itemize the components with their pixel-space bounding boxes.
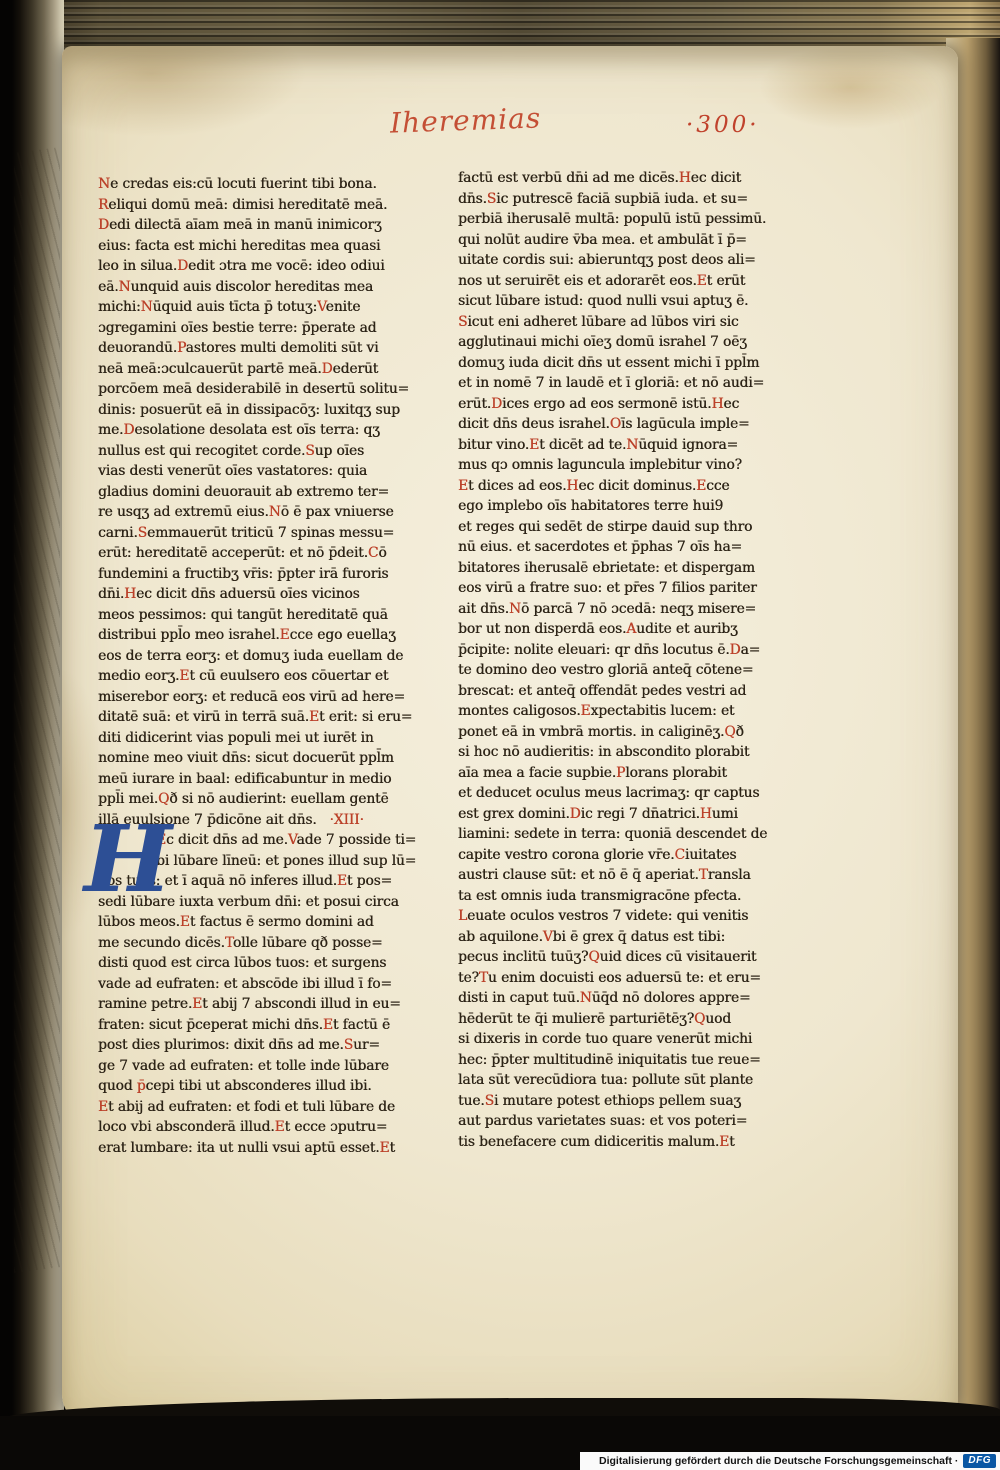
text-line: me.Desolatione desolata est oīs terra: q… [98,420,440,441]
rubricated-text: E [379,1140,389,1156]
text-line: ramine petre.Et abij 7 abscondi illud in… [98,994,440,1015]
rubricated-text: E [192,996,202,1012]
text-line: capite vestro corona glorie vr̄e.Ciuitat… [458,845,800,866]
text-line: leo in silua.Dedit ɔtra me vocē: ideo od… [98,256,440,277]
text-line: fraten: sicut p̄ceperat michi dn̄s.Et fa… [98,1015,440,1036]
rubricated-text: E [337,873,347,889]
rubricated-text: E [180,914,190,930]
text-line: dn̄s.Sic putrescē faciā supbiā iuda. et … [458,189,800,210]
running-title: Iheremias [389,101,541,139]
text-line: erat lumbare: ita ut nulli vsui aptū ess… [98,1138,440,1159]
rubricated-text: D [491,396,502,412]
text-line: domuʒ iuda dicit dn̄s ut essent michi ī … [458,353,800,374]
rubricated-text: Q [588,949,599,965]
rubricated-text: D [730,642,741,658]
rubricated-text: N [118,279,130,295]
rubricated-text: E [179,668,189,684]
text-line: et in nomē 7 in laudē et ī gloriā: et nō… [458,373,800,394]
text-line: bitatores iherusalē ebrietate: et disper… [458,558,800,579]
text-line: Leuate oculos vestros 7 videte: qui veni… [458,906,800,927]
text-line: ɔgregamini oīes bestie terre: p̄perate a… [98,318,440,339]
text-line: austri clause sūt: et nō ē q̄ aperiat.Tr… [458,865,800,886]
rubricated-text: S [138,525,147,541]
text-line: pecus inclitū tuūʒ?Quid dices cū visitau… [458,947,800,968]
rubricated-text: Q [724,724,735,740]
text-line: disti quod est circa lūbos tuos: et surg… [98,953,440,974]
text-line: dinis: posuerūt eā in dissipacōʒ: luxitq… [98,400,440,421]
rubricated-text: V [543,929,553,945]
text-line: montes caligosos.Expectabitis lucem: et [458,701,800,722]
parchment-leaf: Iheremias ·300· H Ne credas eis:cū locut… [62,46,958,1424]
text-line: Ne credas eis:cū locuti fuerint tibi bon… [98,174,440,195]
credit-text: Digitalisierung gefördert durch die Deut… [599,1455,958,1467]
text-line: ditatē suā: et virū in terrā suā.Et erit… [98,707,440,728]
text-line: et reges qui sedēt de stirpe dauid sup t… [458,517,800,538]
rubricated-text: H [711,396,723,412]
text-line: mus qɔ omnis laguncula implebitur vino? [458,455,800,476]
rubricated-text: E [697,273,707,289]
text-line: erūt.Dices ergo ad eos sermonē istū.Hec [458,394,800,415]
text-line: ab aquilone.Vbi ē grex q̄ datus est tibi… [458,927,800,948]
text-line: deuorandū.Pastores multi demoliti sūt vi [98,338,440,359]
rubricated-text: S [485,1093,494,1109]
rubricated-text: L [458,908,467,924]
rubricated-text: O [610,416,621,432]
text-line: me secundo dicēs.Tolle lūbare qð posse= [98,933,440,954]
text-line: bitur vino.Et dicēt ad te.Nūquid ignora= [458,435,800,456]
text-line: Et abij ad eufraten: et fodi et tuli lūb… [98,1097,440,1118]
text-line: est grex domini.Dic regi 7 dn̄atrici.Hum… [458,804,800,825]
rubricated-text: E [719,1134,729,1150]
text-line: Et dices ad eos.Hec dicit dominus.Ecce [458,476,800,497]
rubricated-text: N [580,990,592,1006]
rubricated-text: ·XIII· [329,812,363,828]
text-line: uitate cordis sui: abieruntqʒ post deos … [458,250,800,271]
rubricated-text: S [305,443,314,459]
text-line: neā meā:ɔculcauerūt partē meā.Dederūt [98,359,440,380]
text-line: erūt: hereditatē acceperūt: et nō p̄deit… [98,543,440,564]
text-line: vias desti venerūt oīes vastatores: quia [98,461,440,482]
rubricated-text: E [529,437,539,453]
text-line: post dies plurimos: dixit dn̄s ad me.Sur… [98,1035,440,1056]
text-line: meū iurare in baal: edificabuntur in med… [98,769,440,790]
text-line: carni.Semmauerūt triticū 7 spinas messu= [98,523,440,544]
text-line: et deducet oculus meus lacrimaʒ: qr capt… [458,783,800,804]
text-column-right: factū est verbū dn̄i ad me dicēs.Hec dic… [458,168,800,1152]
dfg-logo: DFG [963,1454,996,1468]
folio-number: ·300· [686,112,760,138]
text-line: qui nolūt audire v̄ba mea. et ambulāt ī … [458,230,800,251]
text-line: Reliqui domū meā: dimisi hereditatē meā. [98,195,440,216]
text-line: ta est omnis iuda transmigracōne pfecta. [458,886,800,907]
text-line: medio eorʒ.Et cū euulsero eos cōuertar e… [98,666,440,687]
text-line: agglutinaui michi oīeʒ domū israhel 7 oē… [458,332,800,353]
text-line: nū eius. et sacerdotes et p̄phas 7 oīs h… [458,537,800,558]
rubricated-text: E [280,627,290,643]
text-line: nullus est qui recogitet corde.Sup oīes [98,441,440,462]
rubricated-text: R [98,197,108,213]
rubricated-text: T [225,935,233,951]
text-column-left: H Ne credas eis:cū locuti fuerint tibi b… [98,174,440,1158]
rubricated-text: D [322,361,333,377]
scanned-book-page: Iheremias ·300· H Ne credas eis:cū locut… [0,0,1000,1470]
text-line: hēderūt te q̄i mulierē parturiētēʒ?Quod [458,1009,800,1030]
text-line: brescat: et anteq̄ offendāt pedes vestri… [458,681,800,702]
rubricated-text: E [98,1099,108,1115]
text-line: miserebor eorʒ: et reducā eos virū ad he… [98,687,440,708]
text-line: ego implebo oīs habitatores terre hui9 [458,496,800,517]
text-line: perbiā iherusalē multā: populū istū pess… [458,209,800,230]
text-line: fundemini a fructibʒ vr̄is: p̄pter irā f… [98,564,440,585]
text-line: bor ut non disperdā eos.Audite et auribʒ [458,619,800,640]
text-line: Sicut eni adheret lūbare ad lūbos viri s… [458,312,800,333]
rubricated-text: D [98,217,109,233]
text-line: distribui ppl̄o meo israhel.Ecce ego eue… [98,625,440,646]
text-line: re usqʒ ad extremū eius.Nō ē pax vniuers… [98,502,440,523]
text-line: p̄cipite: nolite eleuari: qr dn̄s locutu… [458,640,800,661]
text-line: lata sūt verecūdiora tua: pollute sūt pl… [458,1070,800,1091]
rubricated-text: P [616,765,625,781]
text-line: meos pessimos: qui tangūt hereditatē quā [98,605,440,626]
rubricated-text: S [344,1037,353,1053]
rubricated-text: N [626,437,638,453]
text-line: quod p̄cepi tibi ut absconderes illud ib… [98,1076,440,1097]
text-line: dn̄i.Hec dicit dn̄s aduersū oīes vicinos [98,584,440,605]
text-line: te domino deo vestro gloriā anteq̄ cōten… [458,660,800,681]
text-line: gladius domini deuorauit ab extremo ter= [98,482,440,503]
rubricated-text: T [699,867,708,883]
rubricated-text: S [458,314,467,330]
rubricated-text: S [487,191,496,207]
text-line: eius: facta est michi hereditas mea quas… [98,236,440,257]
text-line: eā.Nunquid auis discolor hereditas mea [98,277,440,298]
rubricated-text: T [479,970,488,986]
text-line: disti in caput tuū.Nūq̄d nō dolores appr… [458,988,800,1009]
rubricated-text: E [696,478,706,494]
rubricated-text: D [123,422,134,438]
rubricated-text: C [368,545,378,561]
text-line: ge 7 vade ad eufraten: et tolle inde lūb… [98,1056,440,1077]
rubricated-text: N [269,504,281,520]
text-line: Dedi dilectā aīam meā in manū inimicorʒ [98,215,440,236]
rubricated-text: E [309,709,319,725]
text-line: si hoc nō audieritis: in abscondito plor… [458,742,800,763]
text-line: factū est verbū dn̄i ad me dicēs.Hec dic… [458,168,800,189]
digitisation-credit-bar: Digitalisierung gefördert durch die Deut… [580,1452,1000,1470]
text-line: vade ad eufraten: et abscōde ibi illud ī… [98,974,440,995]
text-line: eos virū a fratre suo: et pr̄es 7 filios… [458,578,800,599]
text-line: hec: p̄pter multitudinē iniquitatis tue … [458,1050,800,1071]
previous-page-curved-text [14,147,60,1273]
rubricated-text: Q [694,1011,705,1027]
text-line: aīa mea a facie supbie.Plorans plorabit [458,763,800,784]
rubricated-text: N [509,601,521,617]
rubricated-text: E [581,703,591,719]
rubricated-text: E [458,478,468,494]
text-line: ait dn̄s.Nō parcā 7 nō ɔcedā: neqʒ miser… [458,599,800,620]
rubricated-text: D [177,258,188,274]
rubricated-text: H [124,586,136,602]
illuminated-initial-H: H [84,820,150,904]
rubricated-text: N [141,299,153,315]
rubricated-text: E [323,1017,333,1033]
text-line: nos ut seruirēt eis et adorarēt eos.Et e… [458,271,800,292]
text-line: dicit dn̄s deus israhel.Oīs lagūcula imp… [458,414,800,435]
text-line: diti didicerint vias populi mei ut iurēt… [98,728,440,749]
rubricated-text: V [317,299,326,315]
rubricated-text: C [674,847,684,863]
rubricated-text: A [626,621,636,637]
rubricated-text: P [177,340,186,356]
text-line: ponet eā in vmbrā mortis. in caliginēʒ.Q… [458,722,800,743]
text-line: eos de terra eorʒ: et domuʒ iuda euellam… [98,646,440,667]
text-line: tue.Si mutare potest ethiops pellem suaʒ [458,1091,800,1112]
text-line: liamini: sedete in terra: quoniā descend… [458,824,800,845]
text-line: aut pardus varietates suas: et vos poter… [458,1111,800,1132]
rubricated-text: H [700,806,712,822]
rubricated-text: H [566,478,578,494]
text-line: lūbos meos.Et factus ē sermo domini ad [98,912,440,933]
text-line: tis benefacere cum didiceritis malum.Et [458,1132,800,1153]
rubricated-text: E [275,1119,285,1135]
text-line: sicut lūbare istud: quod nulli vsui aptu… [458,291,800,312]
text-line: porcōem meā desiderabilē in desertū soli… [98,379,440,400]
text-line: si dixeris in corde tuo quare venerūt mi… [458,1029,800,1050]
text-line: nomine meo viuit dn̄s: sicut docuerūt pp… [98,748,440,769]
text-line: michi:Nūquid auis tīcta p̄ totuʒ:Venite [98,297,440,318]
text-line: loco vbi absconderā illud.Et ecce ɔputru… [98,1117,440,1138]
rubricated-text: N [98,176,110,192]
text-line: te?Tu enim docuisti eos aduersū te: et e… [458,968,800,989]
rubricated-text: D [570,806,581,822]
rubricated-text: H [679,170,691,186]
